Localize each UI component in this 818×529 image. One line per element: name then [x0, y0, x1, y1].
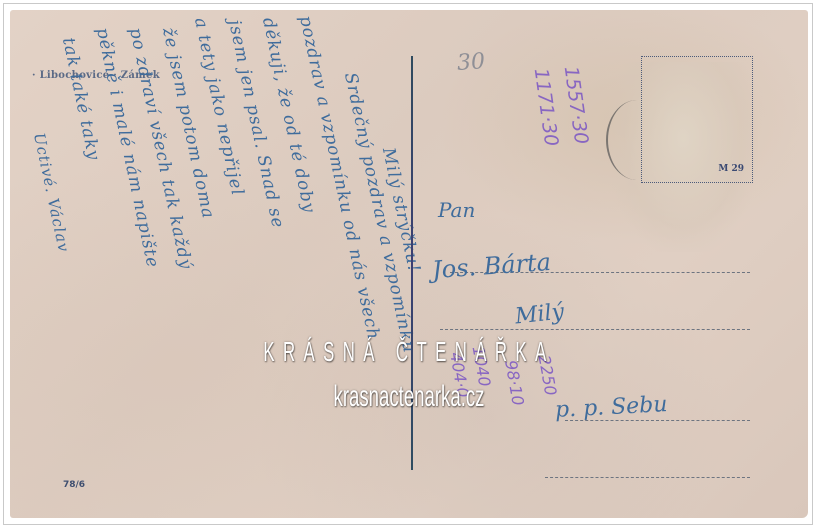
address-salutation: Pan: [438, 198, 475, 222]
pencil-number: 30: [456, 49, 486, 76]
address-line: [440, 329, 750, 330]
address-name: Jos. Bárta: [431, 248, 552, 284]
message-line: Uctivé. Václav: [30, 131, 73, 254]
address-line: [545, 477, 750, 478]
violet-pencil-mark: 1557·30: [560, 65, 593, 146]
watermark-title: KRÁSNÁ ČTENÁŘKA: [164, 336, 655, 368]
violet-pencil-mark: 1171·30: [530, 67, 563, 148]
postcard-back: · Libochovice · Zámek Uctivé. Václav tak…: [10, 10, 808, 518]
stamp-placeholder-box: M 29: [641, 56, 753, 183]
address-place: Milý: [514, 300, 565, 330]
printed-card-code: 78/6: [63, 480, 85, 490]
watermark-url[interactable]: krasnactenarka.cz: [155, 380, 662, 414]
stamp-box-label: M 29: [718, 164, 744, 174]
